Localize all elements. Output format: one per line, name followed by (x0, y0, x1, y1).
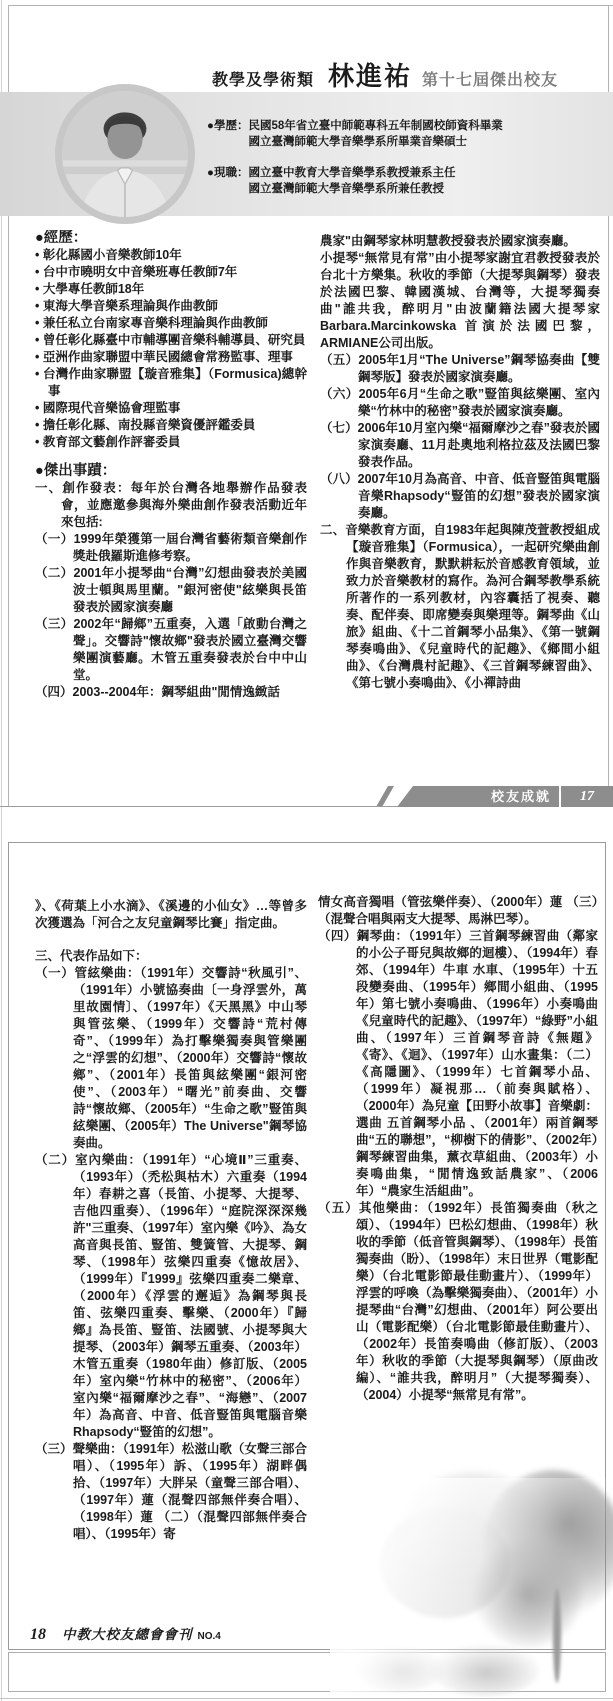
banner-rule-line (0, 806, 398, 807)
item-number: （七） (320, 421, 358, 435)
item-text: 2001年小提琴曲“台灣”幻想曲發表於美國波士頓與馬里蘭。"銀河密使"絃樂與長笛… (73, 566, 307, 614)
education-line-2: 國立臺灣師範大學音樂學系所畢業音樂碩士 (248, 134, 502, 150)
item-text: 管絃樂曲：（1991年）交響詩“秋風引”、（1991年）小號協奏曲〔一身浮雲外，… (73, 966, 307, 1150)
achievement-item: （七）2006年10月室內樂“福爾摩沙之春”發表於國家演奏廳、11月赴奧地利格拉… (320, 420, 600, 471)
item-number: （五） (320, 353, 358, 367)
title-category: 教學及學術類 (212, 67, 314, 90)
education-line-1: 民國58年省立臺中師範專科五年制國校師資科畢業 (248, 118, 502, 134)
experience-item: 台灣作曲家聯盟【璇音雅集】（Formusica)總幹事 (35, 366, 307, 400)
item-number: （六） (320, 387, 359, 401)
position-line-2: 國立臺灣師範大學音樂學系所兼任教授 (248, 181, 455, 197)
page2-footer: 18 中教大校友總會會刊 NO.4 (30, 1623, 221, 1644)
page2-right-column: 情女高音獨唱（管弦樂伴奏）、（2000年）蓮 （三）（混聲合唱與兩支大提琴、馬淋… (318, 894, 598, 1606)
footer-issue-number: NO.4 (198, 1631, 221, 1642)
profile-block: ●學歷： 民國58年省立臺中師範專科五年制國校師資科畢業 國立臺灣師範大學音樂學… (207, 118, 599, 212)
item-text: 2005年1月“The Universe”鋼琴協奏曲【雙鋼琴版】發表於國家演奏廳… (358, 353, 600, 384)
position-lines: 國立臺中教育大學音樂學系教授兼系主任 國立臺灣師範大學音樂學系所兼任教授 (248, 165, 455, 197)
banner-page-number: 17 (561, 786, 613, 807)
page1-right-column: 農家"由鋼琴家林明慧教授發表於國家演奏廳。 小提琴“無常見有常”由小提琴家謝宜君… (320, 233, 600, 785)
footer-journal-title: 中教大校友總會會刊 (62, 1623, 193, 1643)
achievement-item: （六）2005年6月“生命之歌”豎笛與絃樂團、室內樂“竹林中的秘密”發表於國家演… (320, 386, 600, 420)
title-award: 第十七屆傑出校友 (422, 67, 558, 90)
experience-item: 東海大學音樂系理論與作曲教師 (35, 298, 307, 315)
item-number: （三） (35, 617, 74, 631)
position-label: ●現職： (207, 165, 248, 197)
item-text: 2002年“歸鄉”五重奏，入選「啟動台灣之聲」。交響詩"懷故鄉"發表於國立臺灣交… (73, 617, 307, 682)
continuation-paragraph: 小提琴“無常見有常”由小提琴家謝宜君教授發表於台北十方樂集。秋收的季節（大提琴與… (320, 250, 600, 352)
continuation-paragraph: 情女高音獨唱（管弦樂伴奏）、（2000年）蓮 （三）（混聲合唱與兩支大提琴、馬淋… (318, 894, 598, 928)
item-number: 三、 (35, 949, 60, 963)
item-text: 其他樂曲：（1992年）長笛獨奏曲（秋之頌）、（1994年）巴松幻想曲、（199… (356, 1201, 598, 1402)
banner-section-label: 校友成就 (397, 786, 559, 807)
item-number: （一） (35, 966, 74, 980)
page-title: 教學及學術類 林進祐 第十七屆傑出校友 (212, 56, 558, 93)
education-label: ●學歷： (207, 118, 248, 150)
item-number: 二、 (320, 523, 345, 537)
achievements-intro: 一、創作發表：每年於台灣各地舉辦作品發表會，並應邀參與海外樂曲創作發表活動近年來… (35, 480, 307, 531)
education-entry: ●學歷： 民國58年省立臺中師範專科五年制國校師資科畢業 國立臺灣師範大學音樂學… (207, 118, 599, 150)
experience-item: 兼任私立台南家專音樂科理論與作曲教師 (35, 315, 307, 332)
page2-left-column: 》、《荷葉上小水滴》、《溪邊的小仙女》…等曾多次獲選為「河合之友兒童鋼琴比賽」指… (35, 898, 307, 1610)
item-number: （五） (318, 1201, 359, 1215)
item-number: （二） (35, 1153, 75, 1167)
scan-edge-bottom (0, 1698, 613, 1699)
achievement-item: （五）2005年1月“The Universe”鋼琴協奏曲【雙鋼琴版】發表於國家… (320, 352, 600, 386)
achievement-item: （二）2001年小提琴曲“台灣”幻想曲發表於美國波士頓與馬里蘭。"銀河密使"絃樂… (35, 565, 307, 616)
item-text: 2003--2004年：鋼琴組曲"閒情逸緻話 (73, 685, 280, 699)
item-text: 2006年10月室內樂“福爾摩沙之春”發表於國家演奏廳、11月赴奧地利格拉茲及法… (358, 421, 600, 469)
works-item: （一）管絃樂曲：（1991年）交響詩“秋風引”、（1991年）小號協奏曲〔一身浮… (35, 965, 307, 1152)
item-number: （一） (35, 532, 74, 546)
works-item: （四）鋼琴曲：（1991年）三首鋼琴練習曲（鄰家的小公子哥兒與故鄉的迴樓）、（1… (318, 928, 598, 1200)
works-item: （二）室內樂曲：（1991年）“心境Ⅱ”三重奏、（1993年）（禿松與枯木）六重… (35, 1152, 307, 1441)
item-number: （二） (35, 566, 74, 580)
title-name: 林進祐 (328, 56, 412, 93)
experience-item: 大學專任教師18年 (35, 281, 307, 298)
item-text: 2005年6月“生命之歌”豎笛與絃樂團、室內樂“竹林中的秘密”發表於國家演奏廳。 (358, 387, 600, 418)
experience-item: 教育部文藝創作評審委員 (35, 434, 307, 451)
page1-border-top (8, 5, 613, 6)
continuation-paragraph: 農家"由鋼琴家林明慧教授發表於國家演奏廳。 (320, 233, 600, 250)
item-number: （三） (35, 1442, 73, 1456)
position-entry: ●現職： 國立臺中教育大學音樂學系教授兼系主任 國立臺灣師範大學音樂學系所兼任教… (207, 165, 599, 197)
experience-heading: ●經歷： (35, 230, 307, 247)
magazine-spread: 教學及學術類 林進祐 第十七屆傑出校友 ●學歷： 民國58年省立臺中師範專科五年… (0, 0, 613, 1701)
achievement-item: （四）2003--2004年：鋼琴組曲"閒情逸緻話 (35, 684, 307, 701)
works-item: （三）聲樂曲：（1991年）松滋山歌（女聲三部合唱）、（1995年）訴、（199… (35, 1441, 307, 1543)
experience-item: 國際現代音樂協會理監事 (35, 400, 307, 417)
item-text: 音樂教育方面，自1983年起與陳茂萱教授組成【璇音雅集】（Formusica），… (345, 523, 600, 690)
experience-item: 曾任彰化縣臺中市輔導團音樂科輔導員、研究員 (35, 332, 307, 349)
experience-item: 台中市曉明女中音樂班專任教師7年 (35, 264, 307, 281)
works-item: （五）其他樂曲：（1992年）長笛獨奏曲（秋之頌）、（1994年）巴松幻想曲、（… (318, 1200, 598, 1404)
item-number: （八） (320, 472, 358, 486)
portrait-illustration (62, 91, 188, 217)
music-education-paragraph: 二、音樂教育方面，自1983年起與陳茂萱教授組成【璇音雅集】（Formusica… (320, 522, 600, 692)
item-text: 創作發表：每年於台灣各地舉辦作品發表會，並應邀參與海外樂曲創作發表活動近年來包括… (61, 481, 307, 529)
education-lines: 民國58年省立臺中師範專科五年制國校師資科畢業 國立臺灣師範大學音樂學系所畢業音… (248, 118, 502, 150)
achievements-heading: ●傑出事蹟： (35, 463, 307, 480)
item-text: 室內樂曲：（1991年）“心境Ⅱ”三重奏、（1993年）（禿松與枯木）六重奏（1… (73, 1153, 307, 1439)
representative-works-heading: 三、代表作品如下： (35, 948, 307, 965)
item-text: 代表作品如下： (60, 949, 148, 963)
banner-slash-decoration (376, 786, 394, 807)
continuation-paragraph: 》、《荷葉上小水滴》、《溪邊的小仙女》…等曾多次獲選為「河合之友兒童鋼琴比賽」指… (35, 898, 307, 932)
section-banner: 校友成就 17 (397, 786, 613, 807)
achievement-item: （八）2007年10月為高音、中音、低音豎笛與電腦音樂Rhapsody“豎笛的幻… (320, 471, 600, 522)
item-text: 2007年10月為高音、中音、低音豎笛與電腦音樂Rhapsody“豎笛的幻想”發… (358, 472, 600, 520)
achievement-item: （一）1999年榮獲第一屆台灣省藝術類音樂創作獎赴俄羅斯進修考察。 (35, 531, 307, 565)
scan-edge-left (1, 0, 2, 1701)
page1-left-column: ●經歷： 彰化縣國小音樂教師10年 台中市曉明女中音樂班專任教師7年 大學專任教… (35, 230, 307, 782)
portrait-photo (55, 84, 195, 224)
experience-item: 擔任彰化縣、南投縣音樂資優評鑑委員 (35, 417, 307, 434)
item-number: 一、 (35, 481, 62, 495)
item-text: 鋼琴曲：（1991年）三首鋼琴練習曲（鄰家的小公子哥兒與故鄉的迴樓）、（1994… (356, 929, 598, 1198)
experience-item: 彰化縣國小音樂教師10年 (35, 247, 307, 264)
page2-bottom-strip (8, 1652, 606, 1692)
item-number: （四） (318, 929, 357, 943)
position-line-1: 國立臺中教育大學音樂學系教授兼系主任 (248, 165, 455, 181)
experience-item: 亞洲作曲家聯盟中華民國總會常務監事、理事 (35, 349, 307, 366)
item-number: （四） (35, 685, 73, 699)
item-text: 1999年榮獲第一屆台灣省藝術類音樂創作獎赴俄羅斯進修考察。 (73, 532, 307, 563)
item-text: 聲樂曲：（1991年）松滋山歌（女聲三部合唱）、（1995年）訴、（1995年）… (73, 1442, 307, 1541)
achievement-item: （三）2002年“歸鄉”五重奏，入選「啟動台灣之聲」。交響詩"懷故鄉"發表於國立… (35, 616, 307, 684)
footer-page-number: 18 (30, 1626, 46, 1644)
